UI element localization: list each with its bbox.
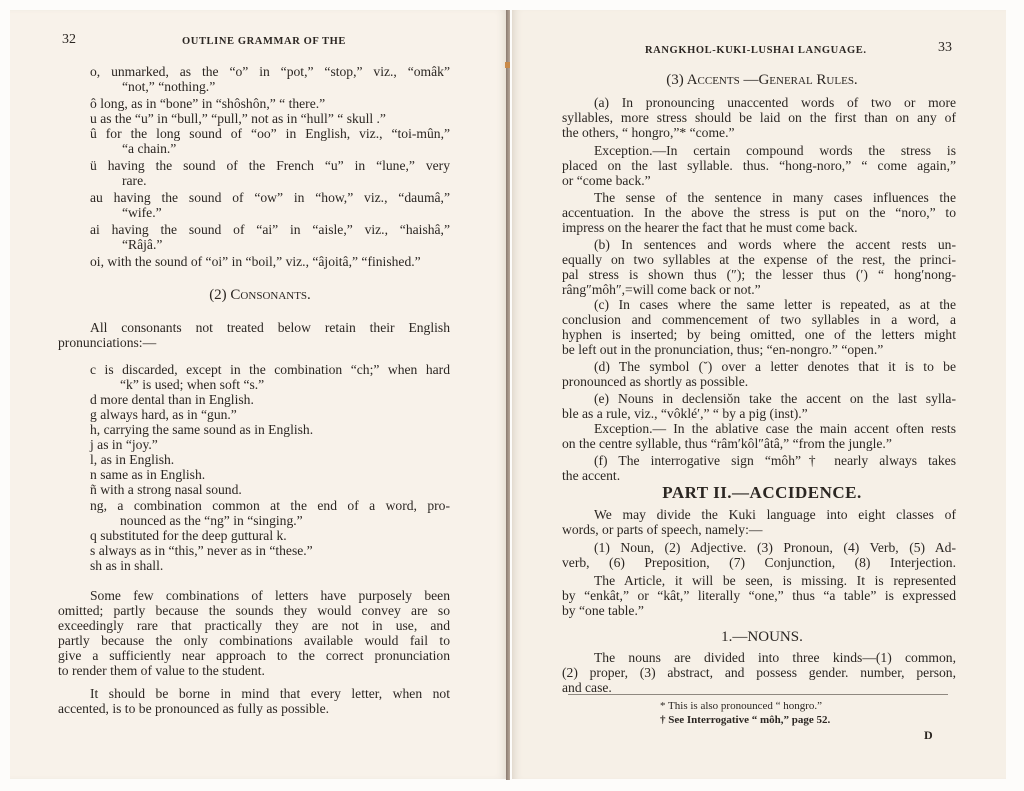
accent-rule-line: the others, “ hongro,”* “come.” xyxy=(562,125,735,140)
nouns-heading: 1.—NOUNS. xyxy=(562,630,962,645)
nouns-line: and case. xyxy=(562,680,612,695)
vowel-line: u as the “u” in “bull,” “pull,” not as i… xyxy=(90,111,386,126)
footnote-1: * This is also pronounced “ hongro.” xyxy=(660,700,822,713)
left-page-number: 32 xyxy=(62,32,76,48)
accent-rule-line: râng″môh″,=will come back or not.” xyxy=(562,282,761,297)
accent-rule-line: (f) The interrogative sign “môh”† nearly… xyxy=(594,453,956,468)
binding-stain xyxy=(505,62,510,68)
consonants-heading: (2) Consonants. xyxy=(60,288,460,303)
accent-rule-line: or “come back.” xyxy=(562,173,651,188)
vowel-line: rare. xyxy=(122,173,147,188)
accent-rule-line: pal stress is shown thus (″); the lesser… xyxy=(562,267,956,282)
consonant-line: c is discarded, except in the combinatio… xyxy=(90,362,450,377)
consonant-line: s always as in “this,” never as in “thes… xyxy=(90,543,313,558)
consonants-intro-line-1: All consonants not treated below retain … xyxy=(90,320,450,335)
borne-line: accented, is to be pronounced as fully a… xyxy=(58,701,329,716)
left-running-head: OUTLINE GRAMMAR OF THE xyxy=(182,36,346,47)
accent-rule-line: placed on the last syllable. thus. “hong… xyxy=(562,158,956,173)
borne-line: It should be borne in mind that every le… xyxy=(90,686,450,701)
accent-rule-line: syllables, more stress should be laid on… xyxy=(562,110,956,125)
consonant-line: “k” is used; when soft “s.” xyxy=(120,377,264,392)
accidence-line: (1) Noun, (2) Adjective. (3) Pronoun, (4… xyxy=(594,540,956,555)
omitted-line: Some few combinations of letters have pu… xyxy=(90,588,450,603)
accent-rule-line: the accent. xyxy=(562,468,620,483)
accent-rule-line: conclusion and commencement of two sylla… xyxy=(562,312,956,327)
accent-rule-line: The sense of the sentence in many cases … xyxy=(594,190,956,205)
consonant-line: q substituted for the deep guttural k. xyxy=(90,528,287,543)
vowel-line: “Râjâ.” xyxy=(122,237,162,252)
vowel-line: “wife.” xyxy=(122,205,162,220)
accent-rule-line: (c) In cases where the same letter is re… xyxy=(594,297,956,312)
accent-rule-line: impress on the hearer the fact that he m… xyxy=(562,220,858,235)
accent-rule-line: ble as a rule, viz., “vôklé′,” “ by a pi… xyxy=(562,406,808,421)
footnote-2: † See Interrogative “ môh,” page 52. xyxy=(660,714,830,727)
accidence-line: We may divide the Kuki language into eig… xyxy=(594,507,956,522)
vowel-line: û for the long sound of “oo” in English,… xyxy=(90,126,450,141)
accidence-line: The Article, it will be seen, is missing… xyxy=(594,573,956,588)
consonant-line: ng, a combination common at the end of a… xyxy=(90,498,450,513)
part-heading: PART II.—ACCIDENCE. xyxy=(562,485,962,500)
omitted-line: give a sufficiently near approach to the… xyxy=(58,648,450,663)
consonants-intro-line-2: pronunciations:— xyxy=(58,335,156,350)
omitted-line: omitted; partly because the sounds they … xyxy=(58,603,450,618)
vowel-line: o, unmarked, as the “o” in “pot,” “stop,… xyxy=(90,64,450,79)
accent-rule-line: be left out in the pronunciation, thus; … xyxy=(562,342,883,357)
accent-rule-line: (e) Nouns in declensiŏn take the accent … xyxy=(594,391,956,406)
accent-rule-line: accentuation. In the above the stress is… xyxy=(562,205,956,220)
consonant-line: g always hard, as in “gun.” xyxy=(90,407,237,422)
vowel-line: ai having the sound of “ai” in “aisle,” … xyxy=(90,222,450,237)
nouns-line: (2) proper, (3) abstract, and possess ge… xyxy=(562,665,956,680)
consonant-line: nounced as the “ng” in “singing.” xyxy=(120,513,303,528)
accidence-line: words, or parts of speech, namely:— xyxy=(562,522,762,537)
accent-rule-line: pronounced as shortly as possible. xyxy=(562,374,748,389)
footnote-rule xyxy=(568,694,948,695)
accent-rule-line: equally on two syllables at the expense … xyxy=(562,252,956,267)
consonant-line: ñ with a strong nasal sound. xyxy=(90,482,242,497)
vowel-line: au having the sound of “ow” in “how,” vi… xyxy=(90,190,450,205)
omitted-line: exceedingly rare that practically they a… xyxy=(58,618,450,633)
consonant-line: sh as in shall. xyxy=(90,558,163,573)
consonant-line: n same as in English. xyxy=(90,467,205,482)
right-page-number: 33 xyxy=(938,40,952,56)
consonant-line: d more dental than in English. xyxy=(90,392,254,407)
accidence-line: by “enkât,” or “kât,” literally “one,” t… xyxy=(562,588,956,603)
accent-rule-line: Exception.—In certain compound words the… xyxy=(594,143,956,158)
accent-rule-line: Exception.— In the ablative case the mai… xyxy=(594,421,956,436)
consonant-line: l, as in English. xyxy=(90,452,174,467)
accent-rule-line: (b) In sentences and words where the acc… xyxy=(594,237,956,252)
vowel-line: ô long, as in “bone” in “shôshôn,” “ the… xyxy=(90,96,325,111)
omitted-line: to render them of value to the student. xyxy=(58,663,265,678)
omitted-line: partly because the only combinations ava… xyxy=(58,633,450,648)
signature-mark: D xyxy=(924,728,933,743)
accent-rule-line: (a) In pronouncing unaccented words of t… xyxy=(594,95,956,110)
book-gutter xyxy=(506,10,510,780)
vowel-line: “not,” “nothing.” xyxy=(122,79,215,94)
vowel-line: “a chain.” xyxy=(122,141,176,156)
accent-rule-line: (d) The symbol (˘) over a letter denotes… xyxy=(594,359,956,374)
right-running-head: RANGKHOL-KUKI-LUSHAI LANGUAGE. xyxy=(645,45,867,56)
consonant-line: j as in “joy.” xyxy=(90,437,158,452)
accent-rule-line: hyphen is inserted; by being omitted, on… xyxy=(562,327,956,342)
accents-heading: (3) Accents —General Rules. xyxy=(562,73,962,88)
accidence-line: verb, (6) Preposition, (7) Conjunction, … xyxy=(562,555,956,570)
vowel-line: oi, with the sound of “oi” in “boil,” vi… xyxy=(90,254,421,269)
vowel-line: ü having the sound of the French “u” in … xyxy=(90,158,450,173)
nouns-line: The nouns are divided into three kinds—(… xyxy=(594,650,956,665)
consonant-line: h, carrying the same sound as in English… xyxy=(90,422,313,437)
accent-rule-line: on the centre syllable, thus “râm′kôl″ât… xyxy=(562,436,892,451)
accidence-line: by “one table.” xyxy=(562,603,644,618)
